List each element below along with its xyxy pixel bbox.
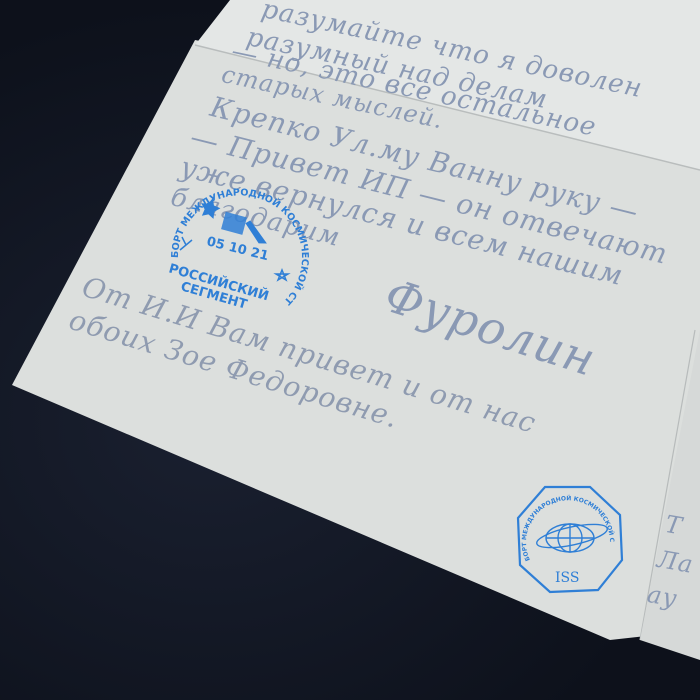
handwriting-fragment: ау [645, 580, 680, 613]
handwriting-fragment: Ла [655, 545, 696, 579]
